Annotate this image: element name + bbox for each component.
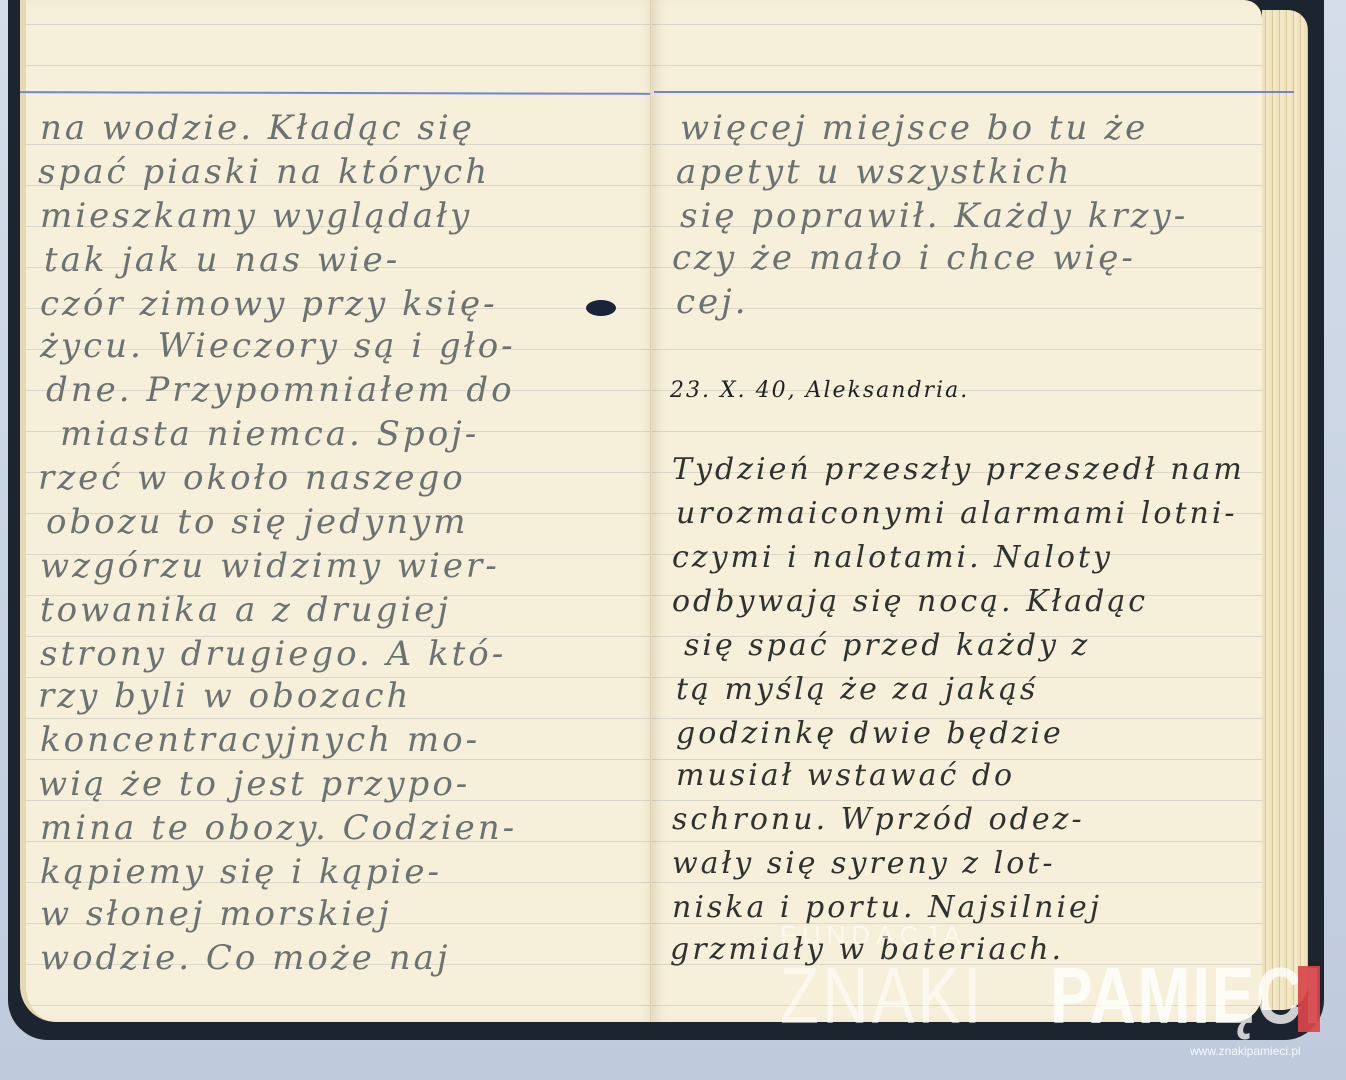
handwritten-line: kąpiemy się i kąpie- bbox=[40, 852, 442, 892]
handwritten-line: tak jak u nas wie- bbox=[44, 240, 400, 280]
handwritten-line: na wodzie. Kładąc się bbox=[40, 108, 475, 148]
handwritten-line: musiał wstawać do bbox=[676, 758, 1015, 793]
handwritten-line: obozu to się jedynym bbox=[46, 502, 469, 542]
ink-blot bbox=[586, 300, 616, 316]
watermark-red-bar-icon bbox=[1298, 966, 1320, 1032]
handwritten-line: tą myślą że za jakąś bbox=[676, 672, 1038, 707]
handwritten-line: w słonej morskiej bbox=[40, 894, 392, 934]
watermark: FUNDACJA ZNAKI PAMIĘCI www.znakipamieci.… bbox=[720, 950, 1340, 1060]
handwritten-line: więcej miejsce bo tu że bbox=[680, 108, 1148, 148]
header-rule-right bbox=[654, 91, 1294, 93]
handwritten-line: czy że mało i chce wię- bbox=[672, 238, 1136, 278]
handwritten-line: wią że to jest przypo- bbox=[38, 764, 470, 804]
watermark-foundation-label: FUNDACJA bbox=[780, 920, 967, 951]
handwritten-line: mina te obozy. Codzien- bbox=[40, 808, 517, 848]
handwritten-line: dne. Przypomniałem do bbox=[46, 370, 515, 410]
handwritten-line: czór zimowy przy księ- bbox=[40, 284, 498, 324]
handwritten-line: życu. Wieczory są i gło- bbox=[40, 326, 516, 366]
handwritten-line: wodzie. Co może naj bbox=[40, 938, 450, 978]
handwritten-line: schronu. Wprzód odez- bbox=[672, 802, 1085, 837]
handwritten-line: cej. bbox=[676, 282, 749, 322]
handwritten-line: urozmaiconymi alarmami lotni- bbox=[676, 496, 1238, 531]
handwritten-line: rzy byli w obozach bbox=[38, 676, 411, 716]
watermark-brand-bold: PAMIĘCI bbox=[1050, 950, 1323, 1042]
page-edges bbox=[1262, 10, 1308, 1010]
handwritten-line: rzeć w około naszego bbox=[38, 458, 466, 498]
handwritten-line: strony drugiego. A któ- bbox=[40, 634, 506, 674]
handwritten-line: odbywają się nocą. Kładąc bbox=[672, 584, 1148, 619]
handwritten-line: się spać przed każdy z bbox=[684, 628, 1090, 663]
handwritten-line: mieszkamy wyglądały bbox=[40, 196, 472, 236]
handwritten-line: wzgórzu widzimy wier- bbox=[40, 546, 500, 586]
handwritten-line: wały się syreny z lot- bbox=[672, 846, 1056, 881]
handwritten-line: czymi i nalotami. Naloty bbox=[672, 540, 1113, 575]
handwritten-line: koncentracyjnych mo- bbox=[40, 720, 480, 760]
watermark-url: www.znakipamieci.pl bbox=[1190, 1044, 1301, 1058]
handwritten-line: Tydzień przeszły przeszedł nam bbox=[672, 452, 1245, 487]
watermark-brand-light: ZNAKI bbox=[780, 950, 984, 1042]
handwritten-line: apetyt u wszystkich bbox=[676, 152, 1072, 192]
handwritten-line: godzinkę dwie będzie bbox=[676, 716, 1064, 751]
handwritten-line: się poprawił. Każdy krzy- bbox=[680, 196, 1188, 236]
handwritten-line: spać piaski na których bbox=[38, 152, 490, 192]
handwritten-line: miasta niemca. Spoj- bbox=[60, 414, 479, 454]
handwritten-line: towanika a z drugiej bbox=[40, 590, 451, 630]
entry-date-heading: 23. X. 40, Aleksandria. bbox=[670, 378, 969, 403]
